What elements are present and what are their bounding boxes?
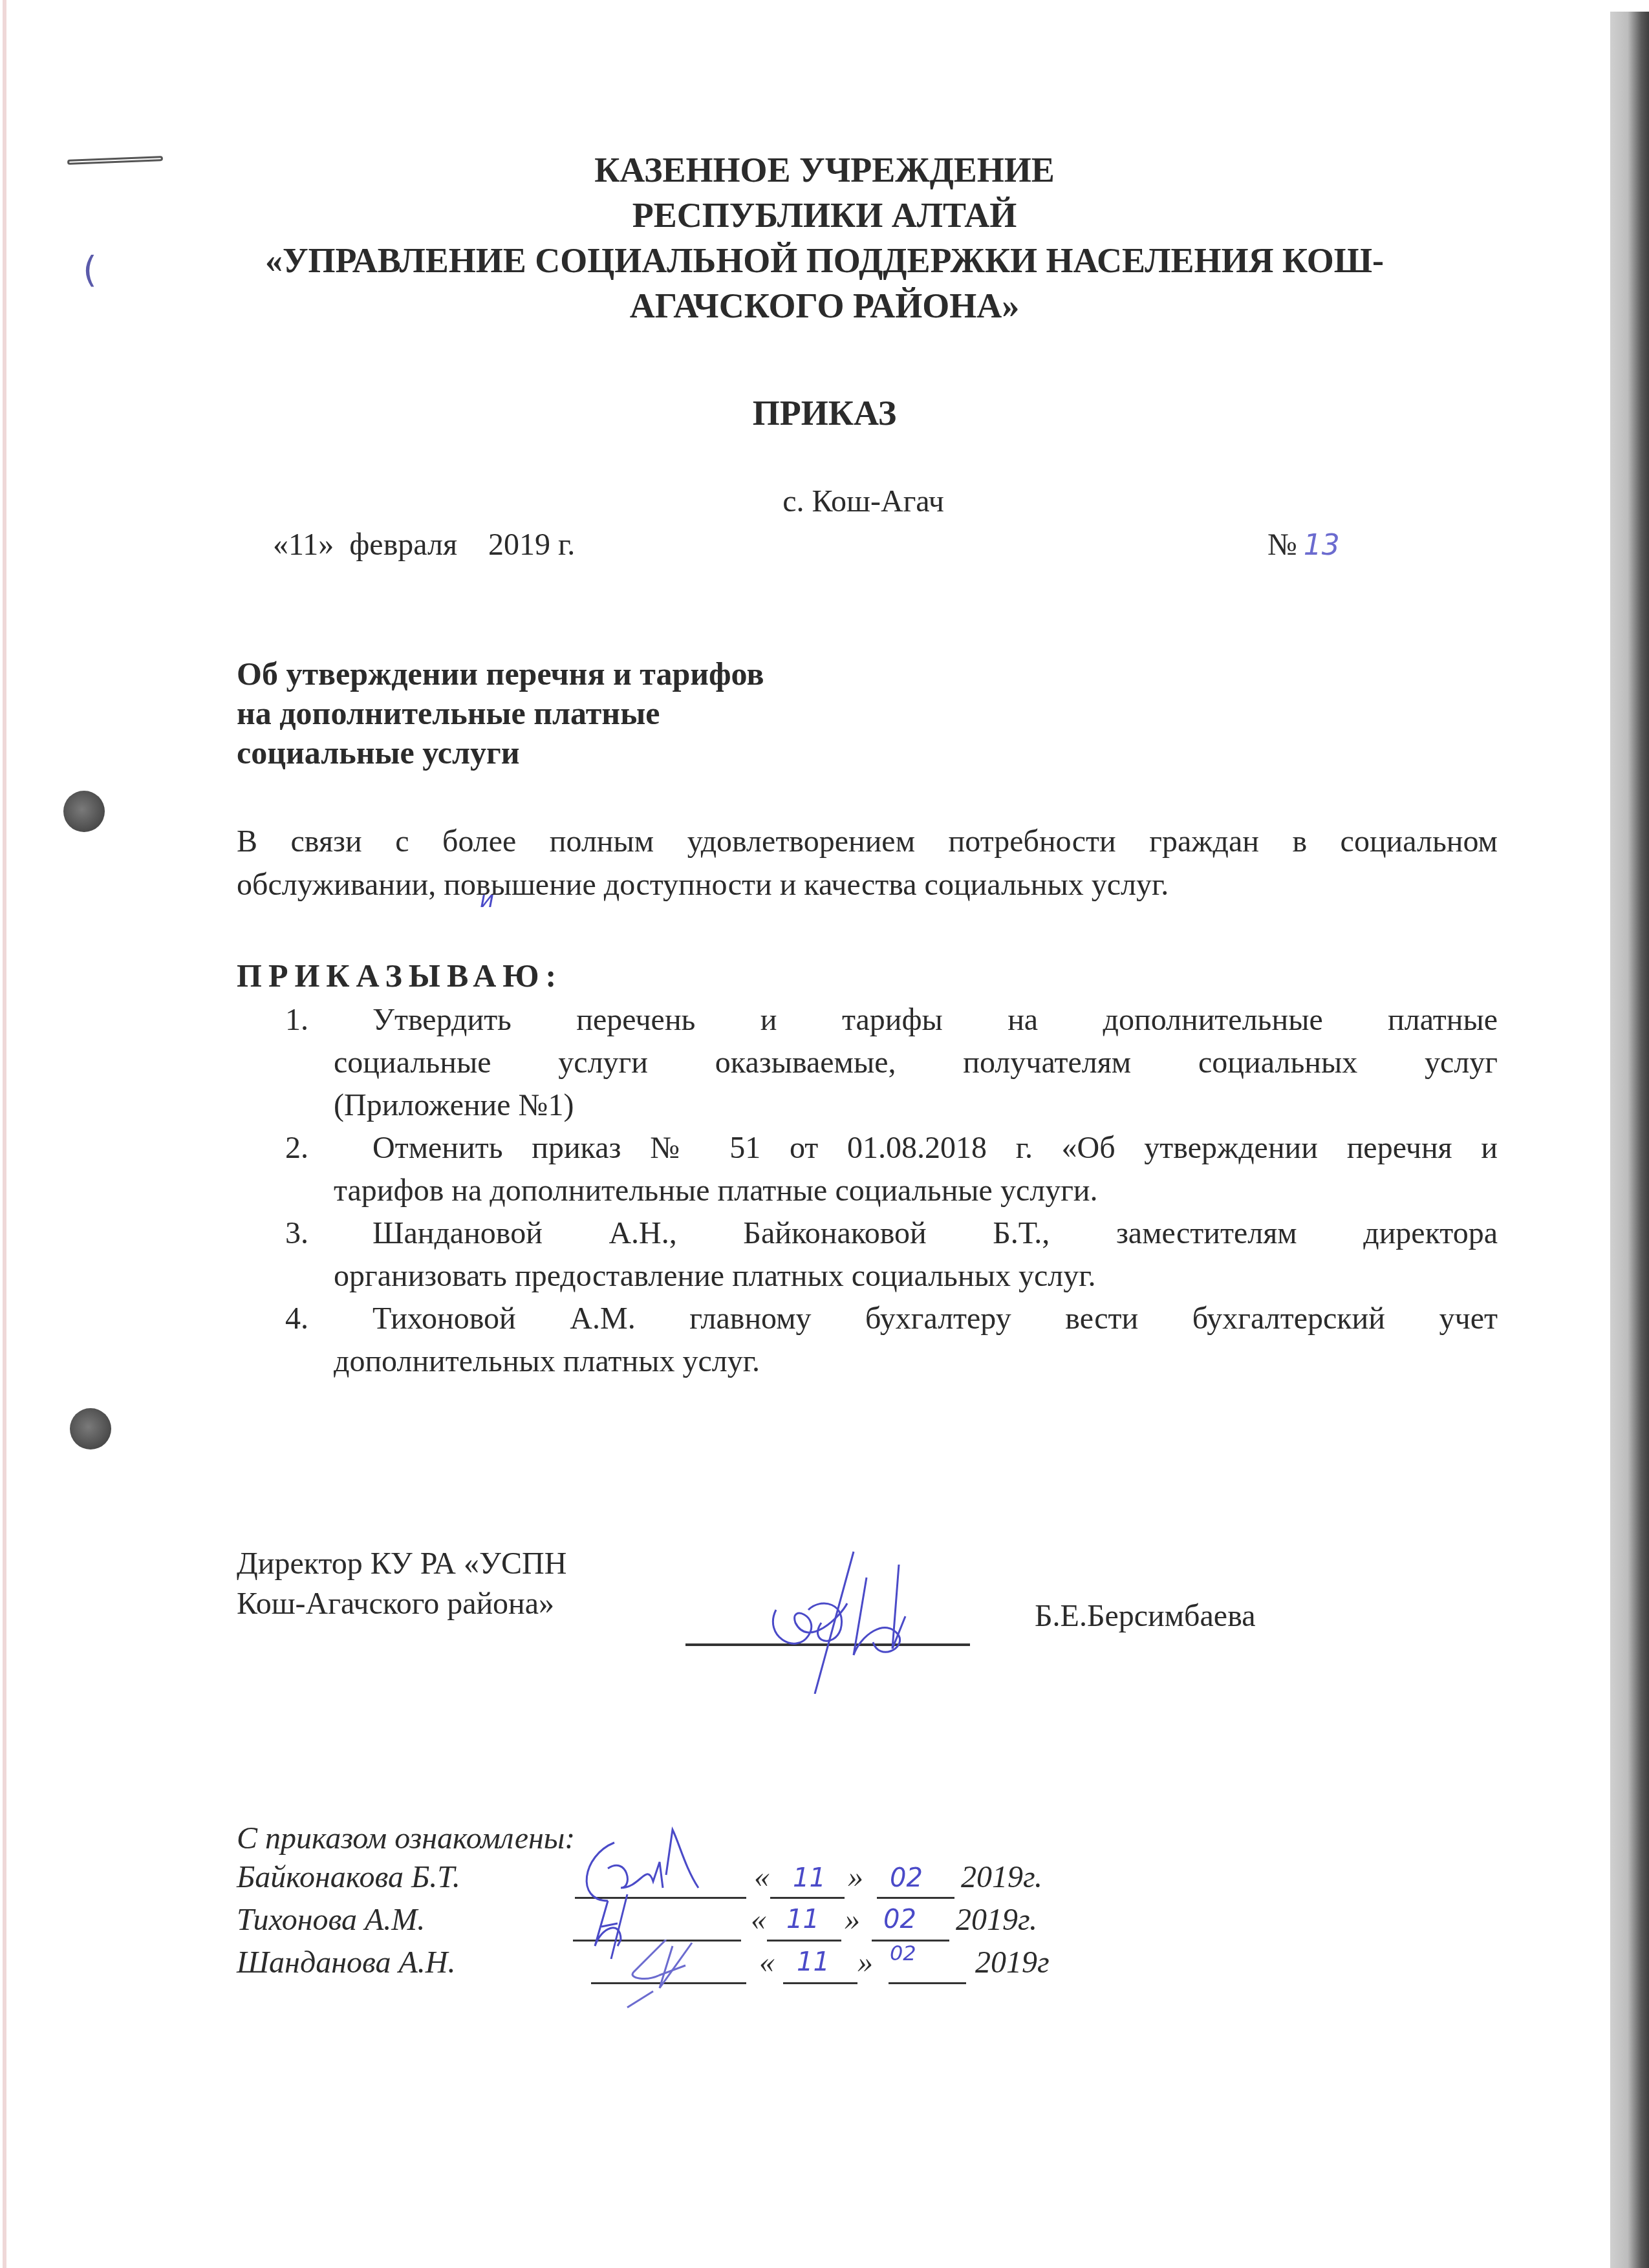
- item-number: 4.: [285, 1298, 308, 1340]
- employee-name: Тихонова А.М.: [237, 1902, 425, 1938]
- day-blank: [767, 1940, 841, 1942]
- employee-name: Шанданова А.Н.: [237, 1945, 455, 1980]
- item-line: (Приложение №1): [334, 1084, 1498, 1127]
- order-item: 3. Шандановой А.Н., Байконаковой Б.Т., з…: [237, 1212, 1498, 1298]
- document-date: «11» февраля 2019 г.: [273, 527, 575, 562]
- quote-close: »: [857, 1945, 873, 1980]
- document-type: ПРИКАЗ: [0, 393, 1649, 433]
- month-blank: [877, 1897, 954, 1899]
- item-number: 1.: [285, 999, 308, 1042]
- header-line: РЕСПУБЛИКИ АЛТАЙ: [0, 193, 1649, 238]
- number-handwritten: 13: [1304, 529, 1340, 562]
- document-subject: Об утверждении перечня и тарифов на допо…: [237, 654, 764, 773]
- director-signature-icon: [770, 1539, 964, 1694]
- place: с. Кош-Агач: [0, 484, 1649, 519]
- item-line: Утвердить перечень и тарифы на дополните…: [334, 999, 1498, 1042]
- item-line: социальные услуги оказываемые, получател…: [334, 1042, 1498, 1084]
- preamble: В связи с более полным удовлетворением п…: [237, 820, 1498, 906]
- item-line: Шандановой А.Н., Байконаковой Б.Т., заме…: [334, 1212, 1498, 1255]
- year: 2019г.: [956, 1902, 1037, 1938]
- month-handwritten: 02: [890, 1941, 916, 1965]
- day-handwritten: 11: [793, 1863, 826, 1893]
- number-label: №: [1267, 528, 1297, 562]
- order-items: 1. Утвердить перечень и тарифы на дополн…: [237, 999, 1498, 1383]
- quote-close: »: [848, 1859, 863, 1895]
- order-keyword: ПРИКАЗЫВАЮ:: [237, 957, 563, 994]
- document-number: №13: [1267, 527, 1340, 562]
- preamble-line: В связи с более полным удовлетворением п…: [237, 820, 1498, 863]
- quote-close: »: [845, 1902, 860, 1938]
- header-line: АГАЧСКОГО РАЙОНА»: [0, 283, 1649, 328]
- subject-line: социальные услуги: [237, 733, 764, 773]
- day-handwritten: 11: [786, 1905, 819, 1934]
- header-line: КАЗЕННОЕ УЧРЕЖДЕНИЕ: [0, 147, 1649, 193]
- scan-edge-left: [3, 0, 6, 2268]
- preamble-line: обслуживании, повышение доступности и ка…: [237, 863, 1498, 906]
- subject-line: на дополнительные платные: [237, 694, 764, 733]
- employee-signature-icon: [621, 1940, 724, 2011]
- month-blank: [889, 1982, 966, 1984]
- quote-open: «: [751, 1902, 766, 1938]
- position-line: Директор КУ РА «УСПН: [237, 1544, 566, 1584]
- employee-name: Байконакова Б.Т.: [237, 1859, 460, 1895]
- day-blank: [770, 1897, 845, 1899]
- item-number: 3.: [285, 1212, 308, 1255]
- punch-hole-icon: [63, 791, 105, 832]
- item-line: организовать предоставление платных соци…: [334, 1255, 1498, 1298]
- punch-hole-icon: [70, 1408, 111, 1450]
- scan-edge-shadow: [1610, 12, 1649, 2268]
- director-position: Директор КУ РА «УСПН Кош-Агачского район…: [237, 1544, 566, 1624]
- item-line: Тихоновой А.М. главному бухгалтеру вести…: [334, 1298, 1498, 1340]
- year: 2019г: [975, 1945, 1050, 1980]
- item-number: 2.: [285, 1127, 308, 1170]
- year: 2019г.: [961, 1859, 1042, 1895]
- acknowledgement-title: С приказом ознакомлены:: [237, 1818, 575, 1859]
- order-item: 4. Тихоновой А.М. главному бухгалтеру ве…: [237, 1298, 1498, 1383]
- position-line: Кош-Агачского района»: [237, 1584, 566, 1624]
- item-line: Отменить приказ № 51 от 01.08.2018 г. «О…: [334, 1127, 1498, 1170]
- item-line: тарифов на дополнительные платные социал…: [334, 1170, 1498, 1212]
- order-item: 1. Утвердить перечень и тарифы на дополн…: [237, 999, 1498, 1127]
- header-line: «УПРАВЛЕНИЕ СОЦИАЛЬНОЙ ПОДДЕРЖКИ НАСЕЛЕН…: [0, 238, 1649, 283]
- quote-open: «: [754, 1859, 770, 1895]
- subject-line: Об утверждении перечня и тарифов: [237, 654, 764, 694]
- day-handwritten: 11: [797, 1947, 830, 1977]
- handwritten-correction: и: [480, 887, 494, 913]
- order-item: 2. Отменить приказ № 51 от 01.08.2018 г.…: [237, 1127, 1498, 1212]
- quote-open: «: [759, 1945, 775, 1980]
- director-name: Б.Е.Берсимбаева: [1035, 1598, 1255, 1634]
- day-blank: [783, 1982, 857, 1984]
- organization-header: КАЗЕННОЕ УЧРЕЖДЕНИЕ РЕСПУБЛИКИ АЛТАЙ «УП…: [0, 147, 1649, 328]
- month-handwritten: 02: [890, 1863, 923, 1893]
- item-line: дополнительных платных услуг.: [334, 1340, 1498, 1383]
- month-handwritten: 02: [883, 1905, 916, 1934]
